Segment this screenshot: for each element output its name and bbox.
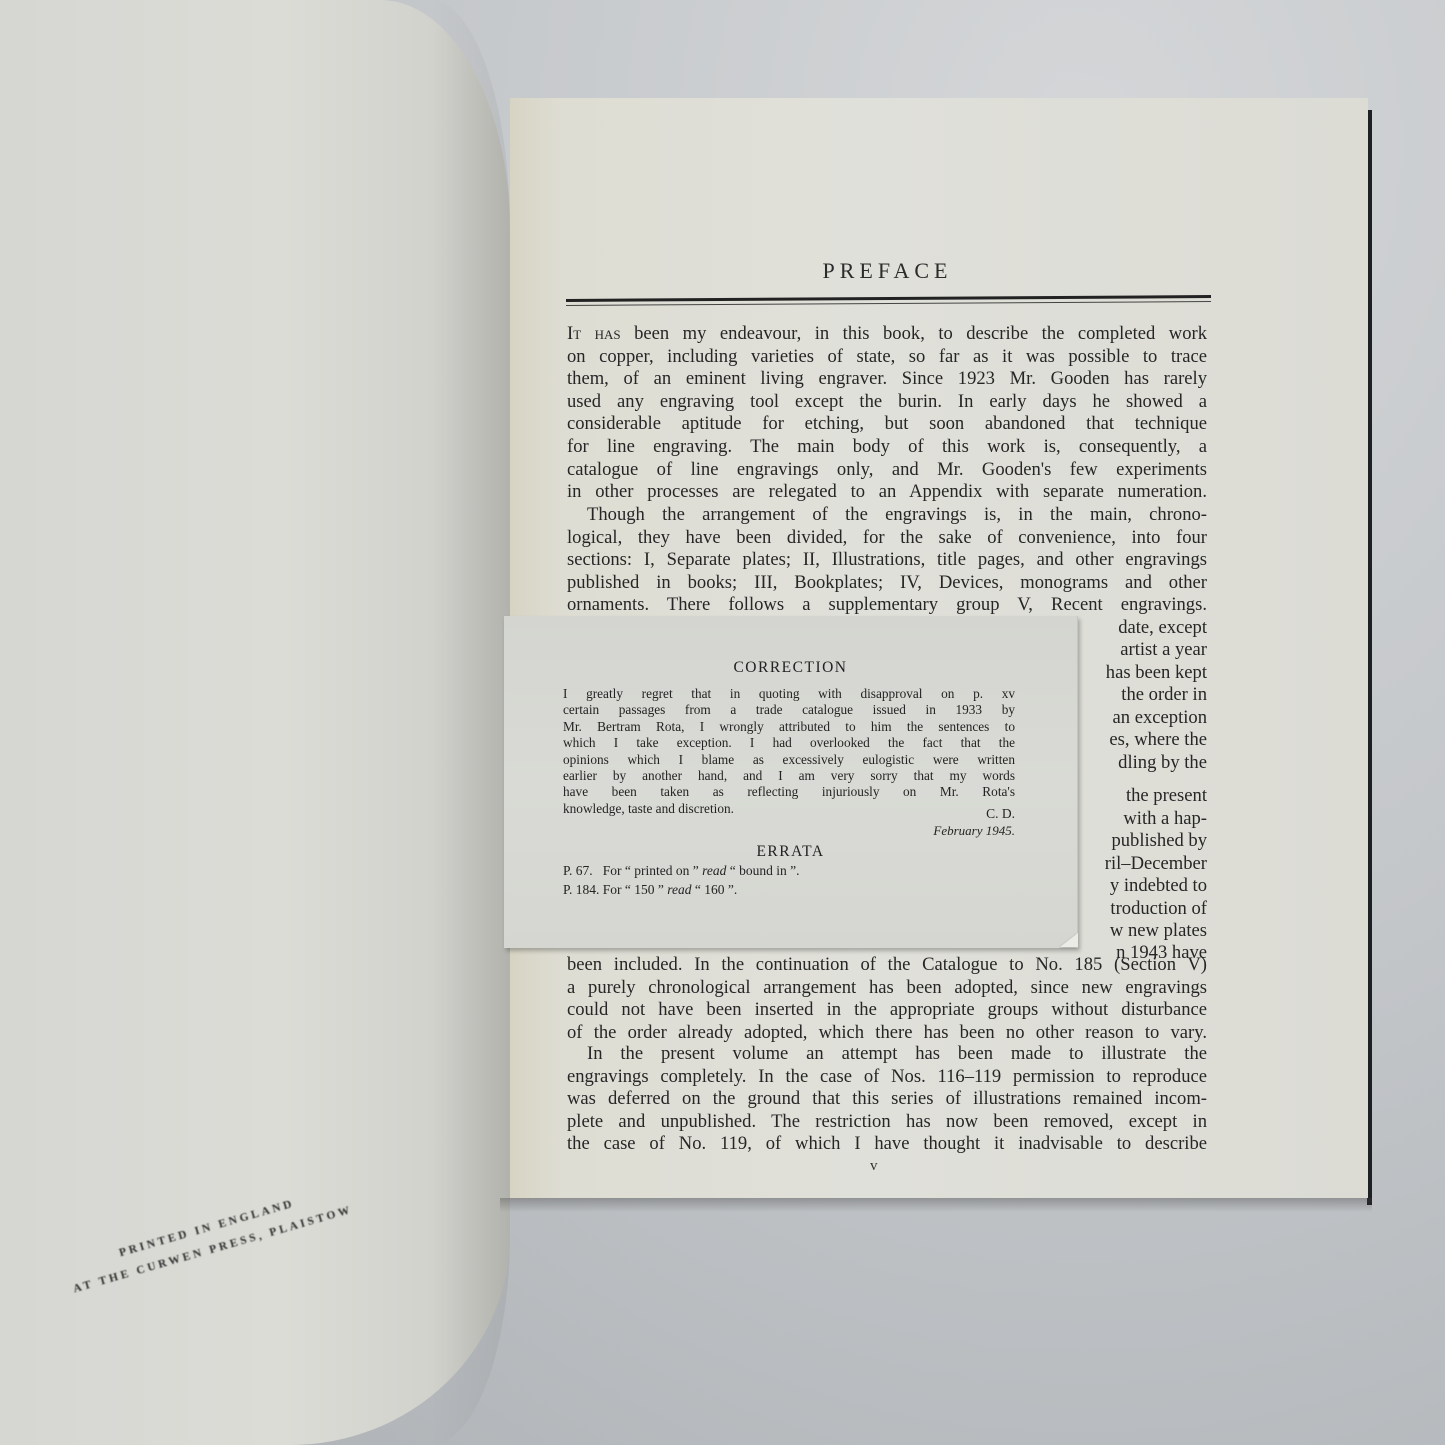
text-line: sections: I, Separate plates; II, Illust…: [567, 549, 1207, 572]
correction-body: I greatly regret that in quoting with di…: [563, 686, 1015, 817]
errata-entry: P. 184. For “ 150 ” read “ 160 ”.: [563, 882, 737, 898]
slip-text-line: have been taken as reflecting injuriousl…: [563, 784, 1015, 800]
text-line: them, of an eminent living engraver. Sin…: [567, 368, 1207, 391]
preface-paragraph-3: been included. In the continuation of th…: [567, 954, 1207, 1044]
errata-page: P. 67.: [563, 863, 593, 878]
text-line: been my endeavour, in this book, to desc…: [621, 323, 1207, 344]
slip-text-line: knowledge, taste and discretion.: [563, 801, 1015, 817]
text-line: plete and unpublished. The restriction h…: [567, 1111, 1207, 1134]
text-line: in other processes are relegated to an A…: [567, 481, 1207, 504]
text-line-fragment: es, where the: [1109, 729, 1207, 752]
text-line: published in books; III, Bookplates; IV,…: [567, 572, 1207, 595]
correction-date: February 1945.: [933, 823, 1015, 839]
slip-folded-corner: [1060, 933, 1078, 947]
text-line: on copper, including varieties of state,…: [567, 346, 1207, 369]
paragraph-opening-smallcaps: It has: [567, 323, 621, 344]
errata-for-label: For: [603, 863, 622, 878]
text-line: was deferred on the ground that this ser…: [567, 1088, 1207, 1111]
page-title: PREFACE: [565, 258, 1210, 284]
correction-signature: C. D.: [986, 806, 1015, 822]
text-line-fragment: w new plates: [1110, 920, 1207, 943]
slip-text-line: I greatly regret that in quoting with di…: [563, 686, 1015, 702]
text-line-fragment: an exception: [1113, 707, 1207, 730]
text-line-fragment: has been kept: [1106, 662, 1207, 685]
errata-original: “ 150 ”: [625, 882, 664, 897]
text-line: the case of No. 119, of which I have tho…: [567, 1133, 1207, 1156]
text-line-fragment: the order in: [1121, 684, 1207, 707]
text-line: used any engraving tool except the burin…: [567, 391, 1207, 414]
text-line-fragment: ril–December: [1105, 853, 1207, 876]
errata-read-label: read: [667, 882, 691, 897]
text-line-fragment: y indebted to: [1110, 875, 1207, 898]
errata-entry: P. 67. For “ printed on ” read “ bound i…: [563, 863, 800, 879]
slip-text-line: Mr. Bertram Rota, I wrongly attributed t…: [563, 719, 1015, 735]
text-line-fragment: the present: [1126, 785, 1207, 808]
slip-text-line: earlier by another hand, and I am very s…: [563, 768, 1015, 784]
text-line: Though the arrangement of the engravings…: [567, 504, 1207, 527]
text-line-fragment: troduction of: [1110, 898, 1207, 921]
errata-heading: ERRATA: [504, 843, 1077, 861]
text-line: for line engraving. The main body of thi…: [567, 436, 1207, 459]
preface-paragraph-2: Though the arrangement of the engravings…: [567, 504, 1207, 617]
page-bottom-shadow: [500, 1198, 1372, 1212]
text-line: ornaments. There follows a supplementary…: [567, 594, 1207, 617]
preface-paragraph-4: In the present volume an attempt has bee…: [567, 1043, 1207, 1156]
text-line-fragment: published by: [1111, 830, 1207, 853]
text-line: engravings completely. In the case of No…: [567, 1066, 1207, 1089]
text-line-fragment: dling by the: [1118, 752, 1207, 775]
errata-original: “ printed on ”: [625, 863, 699, 878]
text-line: could not have been inserted in the appr…: [567, 999, 1207, 1022]
page-number: v: [870, 1158, 878, 1175]
errata-corrected: “ 160 ”.: [695, 882, 737, 897]
left-page-gutter-shadow: [430, 0, 510, 1445]
slip-text-line: certain passages from a trade catalogue …: [563, 702, 1015, 718]
slip-text-line: opinions which I blame as excessively eu…: [563, 752, 1015, 768]
text-line: catalogue of line engravings only, and M…: [567, 459, 1207, 482]
errata-page: P. 184.: [563, 882, 599, 897]
correction-heading: CORRECTION: [504, 659, 1077, 677]
errata-read-label: read: [702, 863, 726, 878]
text-line: a purely chronological arrangement has b…: [567, 977, 1207, 1000]
text-line-fragment: artist a year: [1120, 639, 1207, 662]
text-line: In the present volume an attempt has bee…: [567, 1043, 1207, 1066]
errata-for-label: For: [603, 882, 622, 897]
errata-corrected: “ bound in ”.: [730, 863, 800, 878]
slip-text-line: which I take exception. I had overlooked…: [563, 735, 1015, 751]
preface-paragraph-1: It has been my endeavour, in this book, …: [567, 323, 1207, 504]
text-line-fragment: with a hap-: [1123, 808, 1207, 831]
text-line: logical, they have been divided, for the…: [567, 527, 1207, 550]
text-line: considerable aptitude for etching, but s…: [567, 413, 1207, 436]
text-line: been included. In the continuation of th…: [567, 954, 1207, 977]
text-line: of the order already adopted, which ther…: [567, 1022, 1207, 1045]
text-line-fragment: date, except: [1118, 617, 1207, 640]
